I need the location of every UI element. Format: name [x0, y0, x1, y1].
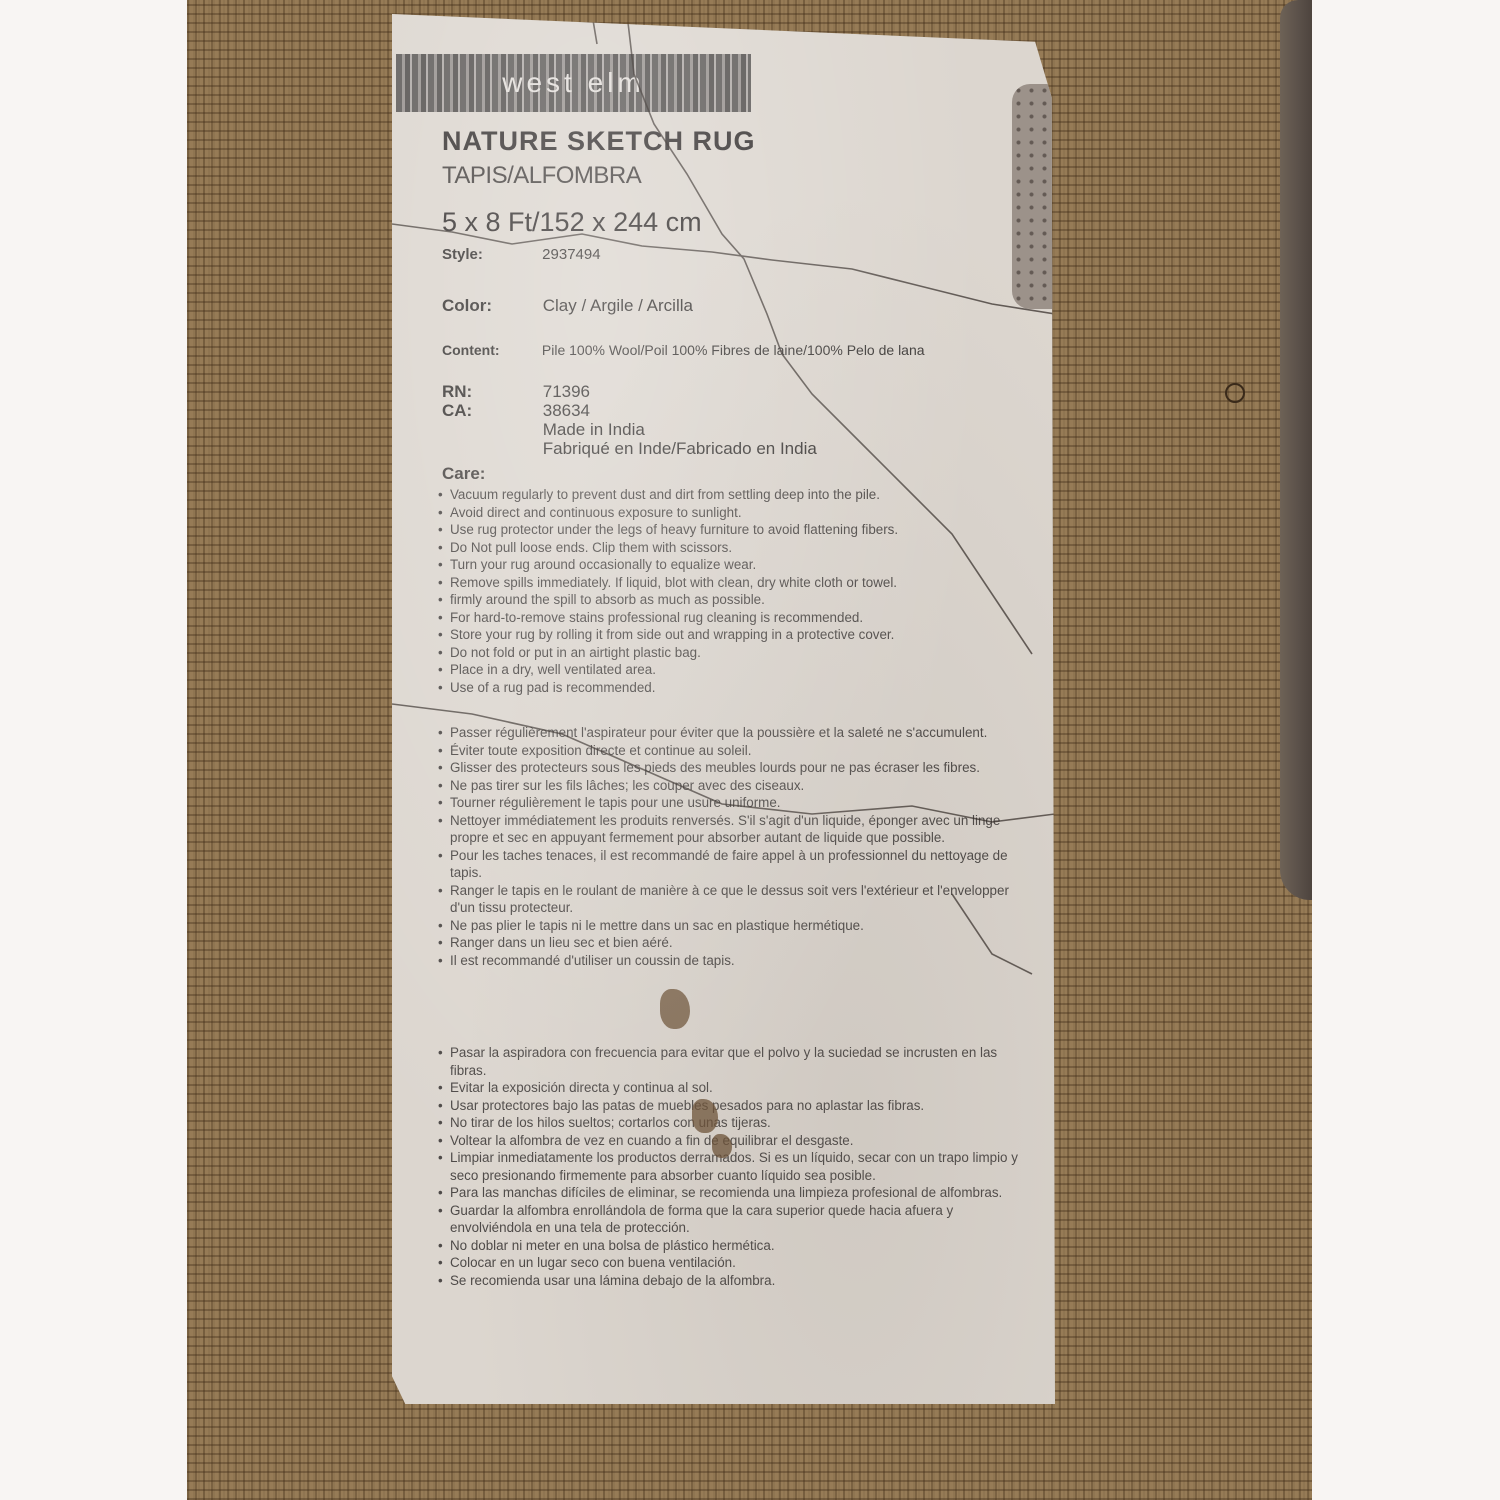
care-instruction-item: Store your rug by rolling it from side o…: [436, 626, 1026, 644]
field-key: Color:: [442, 296, 538, 316]
rug-size: 5 x 8 Ft/152 x 244 cm: [442, 207, 702, 238]
care-instructions-fr: Passer régulièrement l'aspirateur pour é…: [436, 724, 1026, 969]
field-value: Fabriqué en Inde/Fabricado en India: [543, 439, 817, 458]
care-instruction-item: Avoid direct and continuous exposure to …: [436, 504, 1026, 522]
care-instruction-item: Guardar la alfombra enrollándola de form…: [436, 1202, 1026, 1237]
rug-pile-edge: [1280, 0, 1312, 900]
ca-field: CA: 38634: [442, 401, 590, 421]
care-instruction-item: Glisser des protecteurs sous les pieds d…: [436, 759, 1026, 777]
stain: [660, 989, 690, 1029]
grommet-ring: [1225, 383, 1245, 403]
field-key: Style:: [442, 246, 538, 263]
content-field: Content: Pile 100% Wool/Poil 100% Fibres…: [442, 342, 925, 358]
care-instruction-item: Use rug protector under the legs of heav…: [436, 521, 1026, 539]
care-instruction-item: Vacuum regularly to prevent dust and dir…: [436, 486, 1026, 504]
care-instructions-es: Pasar la aspiradora con frecuencia para …: [436, 1044, 1026, 1289]
care-label: west elm NATURE SKETCH RUG TAPIS/ALFOMBR…: [392, 14, 1055, 1404]
origin-field: Made in India: [442, 420, 645, 440]
rn-field: RN: 71396: [442, 382, 590, 402]
care-instruction-item: Do Not pull loose ends. Clip them with s…: [436, 539, 1026, 557]
field-key: RN:: [442, 382, 538, 402]
field-value: Pile 100% Wool/Poil 100% Fibres de laine…: [542, 342, 925, 358]
stain: [712, 1134, 732, 1158]
field-value: Made in India: [543, 420, 645, 439]
color-field: Color: Clay / Argile / Arcilla: [442, 296, 693, 316]
style-field: Style: 2937494: [442, 246, 601, 263]
care-instruction-item: Ne pas tirer sur les fils lâches; les co…: [436, 777, 1026, 795]
care-instruction-item: firmly around the spill to absorb as muc…: [436, 591, 1026, 609]
origin-translation-field: Fabriqué en Inde/Fabricado en India: [442, 439, 817, 459]
field-value: 2937494: [542, 246, 600, 263]
care-instruction-item: For hard-to-remove stains professional r…: [436, 609, 1026, 627]
care-instruction-item: Il est recommandé d'utiliser un coussin …: [436, 952, 1026, 970]
care-heading: Care:: [442, 464, 485, 484]
care-instruction-item: Ne pas plier le tapis ni le mettre dans …: [436, 917, 1026, 935]
care-instruction-item: Place in a dry, well ventilated area.: [436, 661, 1026, 679]
care-instruction-item: Use of a rug pad is recommended.: [436, 679, 1026, 697]
field-value: 38634: [543, 401, 590, 420]
care-instruction-item: Tourner régulièrement le tapis pour une …: [436, 794, 1026, 812]
care-instruction-item: Do not fold or put in an airtight plasti…: [436, 644, 1026, 662]
rug-photo: west elm NATURE SKETCH RUG TAPIS/ALFOMBR…: [187, 0, 1312, 1500]
care-instruction-item: Evitar la exposición directa y continua …: [436, 1079, 1026, 1097]
field-key: Content:: [442, 342, 538, 358]
stain: [692, 1099, 718, 1133]
care-instruction-item: Turn your rug around occasionally to equ…: [436, 556, 1026, 574]
care-instruction-item: Limpiar inmediatamente los productos der…: [436, 1149, 1026, 1184]
rug-swatch-image: [1012, 84, 1055, 309]
care-instruction-item: Pour les taches tenaces, il est recomman…: [436, 847, 1026, 882]
field-value: Clay / Argile / Arcilla: [543, 296, 693, 315]
brand-logo: west elm: [396, 54, 751, 112]
care-instructions-en: Vacuum regularly to prevent dust and dir…: [436, 486, 1026, 696]
care-instruction-item: No doblar ni meter en una bolsa de plást…: [436, 1237, 1026, 1255]
care-instruction-item: Usar protectores bajo las patas de muebl…: [436, 1097, 1026, 1115]
field-value: 71396: [543, 382, 590, 401]
care-instruction-item: Nettoyer immédiatement les produits renv…: [436, 812, 1026, 847]
field-key: CA:: [442, 401, 538, 421]
care-instruction-item: Ranger le tapis en le roulant de manière…: [436, 882, 1026, 917]
care-instruction-item: Remove spills immediately. If liquid, bl…: [436, 574, 1026, 592]
care-instruction-item: Pasar la aspiradora con frecuencia para …: [436, 1044, 1026, 1079]
care-instruction-item: No tirar de los hilos sueltos; cortarlos…: [436, 1114, 1026, 1132]
care-instruction-item: Passer régulièrement l'aspirateur pour é…: [436, 724, 1026, 742]
care-instruction-item: Se recomienda usar una lámina debajo de …: [436, 1272, 1026, 1290]
product-name: NATURE SKETCH RUG: [442, 126, 756, 157]
care-instruction-item: Colocar en un lugar seco con buena venti…: [436, 1254, 1026, 1272]
care-instruction-item: Éviter toute exposition directe et conti…: [436, 742, 1026, 760]
product-name-translations: TAPIS/ALFOMBRA: [442, 162, 641, 190]
care-instruction-item: Para las manchas difíciles de eliminar, …: [436, 1184, 1026, 1202]
care-instruction-item: Ranger dans un lieu sec et bien aéré.: [436, 934, 1026, 952]
